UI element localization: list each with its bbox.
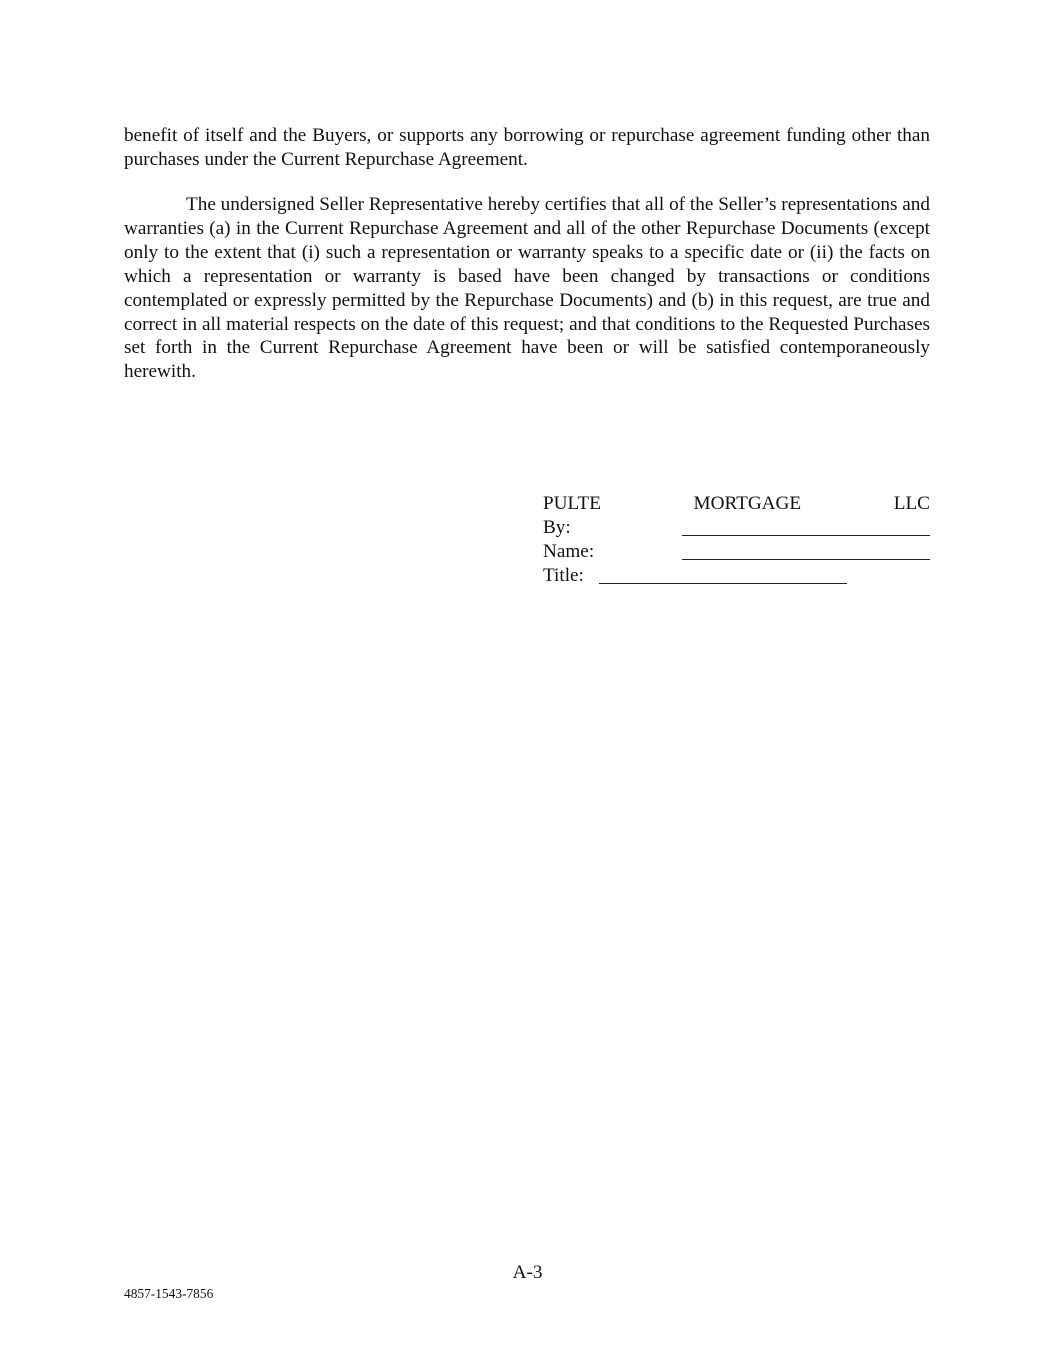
title-label: Title: [543,565,584,586]
title-signature-line [599,583,847,584]
by-label: By: [543,517,571,538]
paragraph-certification: The undersigned Seller Representative he… [124,193,930,384]
company-name: PULTE MORTGAGE LLC [543,492,930,516]
signature-block: PULTE MORTGAGE LLC By: Name: Title: [543,492,930,588]
paragraph-continuation: benefit of itself and the Buyers, or sup… [124,124,930,172]
by-row: By: [543,516,930,540]
company-word-2: MORTGAGE [694,492,802,516]
name-label: Name: [543,541,594,562]
name-row: Name: [543,540,930,564]
company-word-3: LLC [894,492,930,516]
document-id: 4857-1543-7856 [124,1286,213,1302]
by-signature-line [682,535,930,536]
page-number: A-3 [0,1262,1055,1284]
name-signature-line [682,559,930,560]
company-word-1: PULTE [543,492,601,516]
title-row: Title: [543,564,930,588]
